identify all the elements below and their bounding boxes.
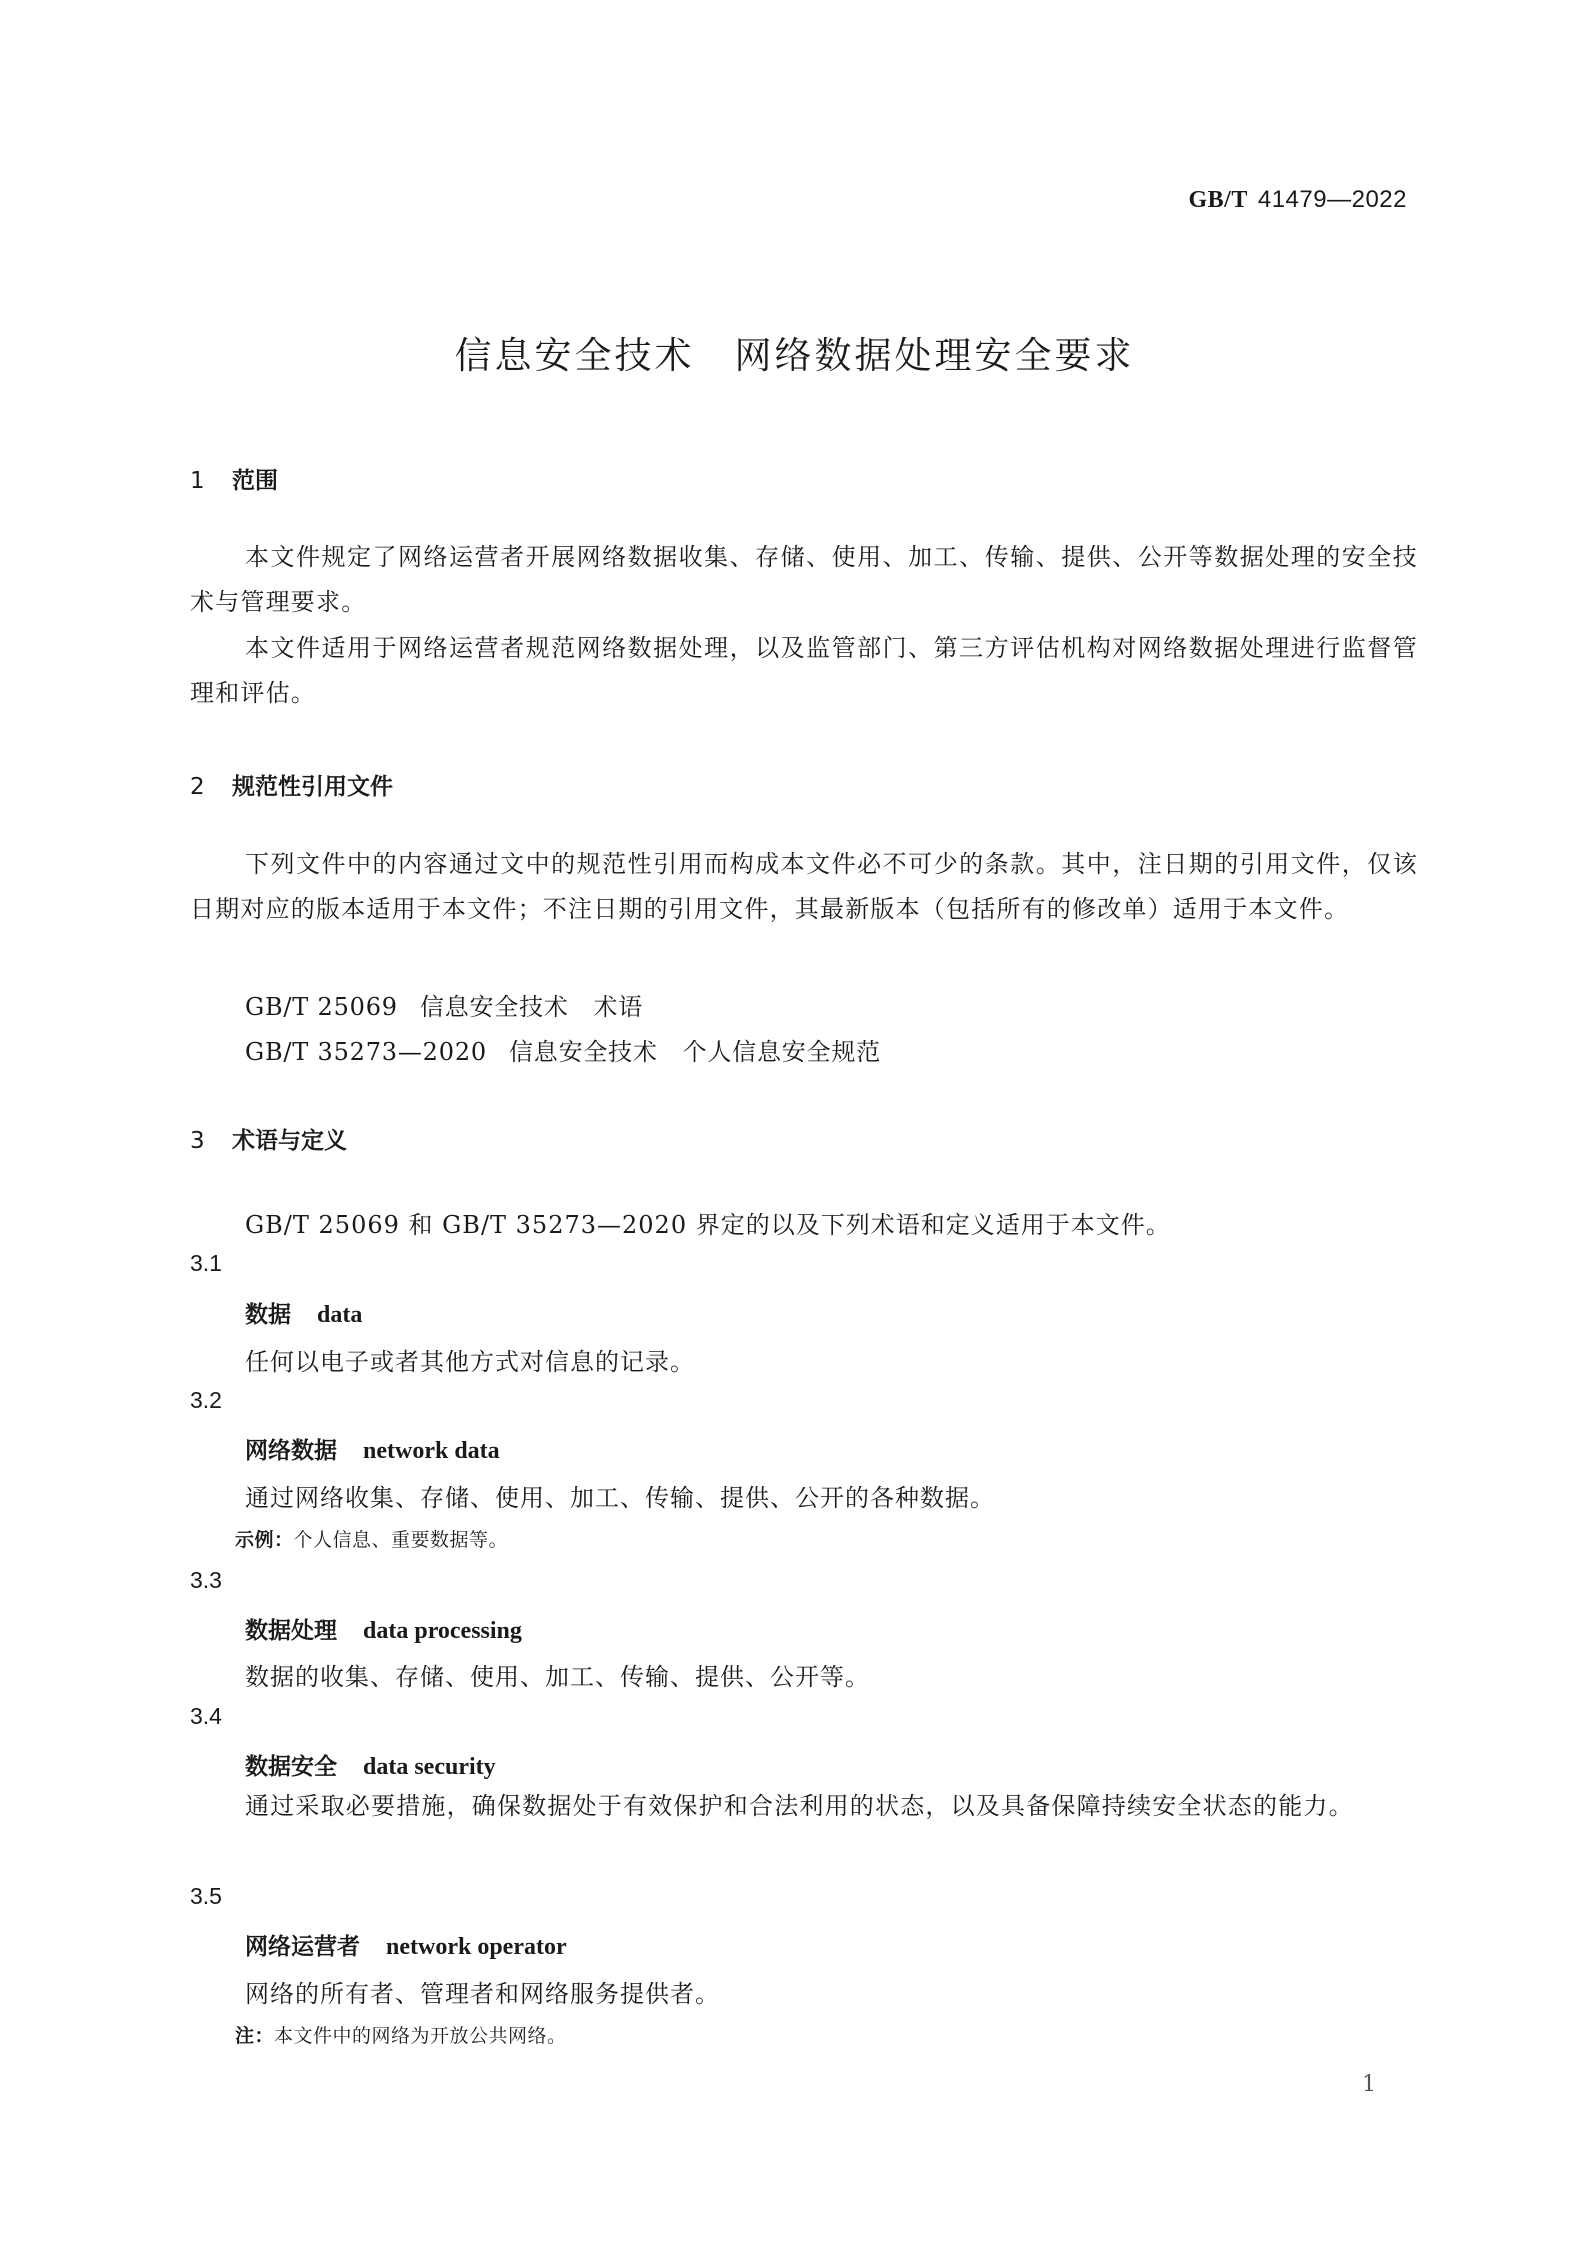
normative-reference: GB/T 25069信息安全技术 术语 <box>245 987 643 1022</box>
clause-number: 3.2 <box>190 1387 222 1414</box>
term-definition: 网络的所有者、管理者和网络服务提供者。 <box>245 1974 720 2009</box>
clause-number: 3.1 <box>190 1250 222 1277</box>
section-heading-3: 3术语与定义 <box>190 1122 347 1155</box>
section-2-paragraph: 下列文件中的内容通过文中的规范性引用而构成本文件必不可少的条款。其中，注日期的引… <box>190 842 1418 932</box>
standard-prefix: GB/T <box>1189 187 1248 213</box>
section-3-intro: GB/T 25069 和 GB/T 35273—2020 界定的以及下列术语和定… <box>245 1205 1171 1240</box>
term-definition: 通过网络收集、存储、使用、加工、传输、提供、公开的各种数据。 <box>245 1478 995 1513</box>
section-1-paragraph: 本文件适用于网络运营者规范网络数据处理，以及监管部门、第三方评估机构对网络数据处… <box>190 626 1418 716</box>
term-heading: 网络运营者network operator <box>245 1928 567 1961</box>
term-definition: 通过采取必要措施，确保数据处于有效保护和合法利用的状态，以及具备保障持续安全状态… <box>190 1784 1418 1829</box>
term-heading: 数据安全data security <box>245 1748 496 1781</box>
section-heading-2: 2规范性引用文件 <box>190 768 393 801</box>
page-number: 1 <box>1362 2072 1376 2097</box>
section-1-paragraph: 本文件规定了网络运营者开展网络数据收集、存储、使用、加工、传输、提供、公开等数据… <box>190 535 1418 625</box>
term-heading: 网络数据network data <box>245 1432 500 1465</box>
normative-reference: GB/T 35273—2020信息安全技术 个人信息安全规范 <box>245 1032 881 1067</box>
document-title: 信息安全技术 网络数据处理安全要求 <box>0 325 1589 379</box>
term-heading: 数据处理data processing <box>245 1612 522 1645</box>
standard-code: 41479—2022 <box>1258 186 1407 213</box>
term-note: 注：本文件中的网络为开放公共网络。 <box>235 2021 567 2048</box>
term-example: 示例：个人信息、重要数据等。 <box>235 1525 508 1552</box>
standard-number: GB/T41479—2022 <box>1189 186 1408 214</box>
section-heading-1: 1范围 <box>190 462 278 495</box>
clause-number: 3.4 <box>190 1703 222 1730</box>
term-heading: 数据data <box>245 1296 362 1329</box>
term-definition: 任何以电子或者其他方式对信息的记录。 <box>245 1342 695 1377</box>
document-page: GB/T41479—2022 信息安全技术 网络数据处理安全要求 1范围 本文件… <box>0 0 1589 2244</box>
clause-number: 3.5 <box>190 1883 222 1910</box>
clause-number: 3.3 <box>190 1567 222 1594</box>
term-definition: 数据的收集、存储、使用、加工、传输、提供、公开等。 <box>245 1657 870 1692</box>
